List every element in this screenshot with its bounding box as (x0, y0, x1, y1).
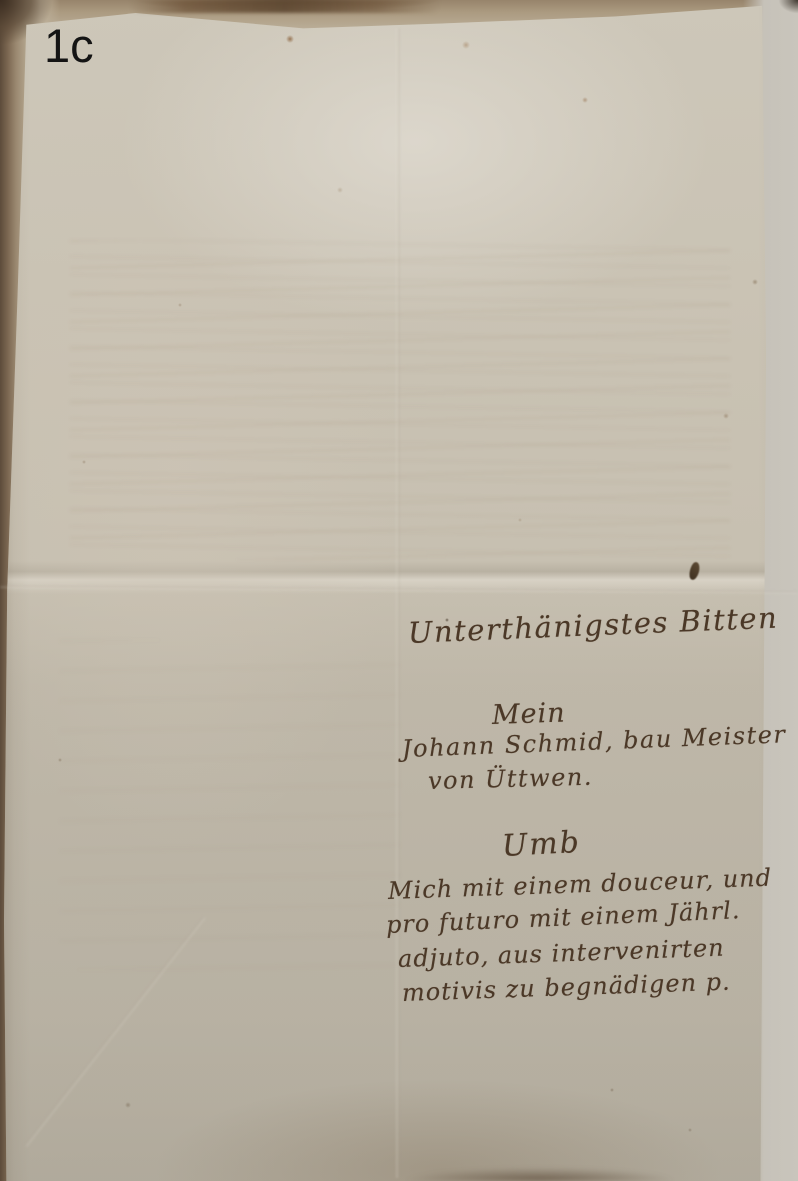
petitioner-intro: Mein (491, 697, 566, 731)
petitioner-place-line: von Üttwen. (428, 763, 594, 795)
manuscript-photo: 1c Unterthänigstes Bitten Mein Johann Sc… (0, 0, 798, 1181)
vertical-fold-crease (396, 28, 400, 1178)
petition-umb-heading: Umb (501, 825, 582, 864)
archive-label: 1c (44, 22, 94, 69)
top-glue-residue-stain (130, 0, 440, 13)
bottom-edge-smudge (370, 1164, 710, 1181)
ink-bleedthrough-upper (70, 240, 730, 560)
ink-bleedthrough-lower (60, 640, 400, 970)
